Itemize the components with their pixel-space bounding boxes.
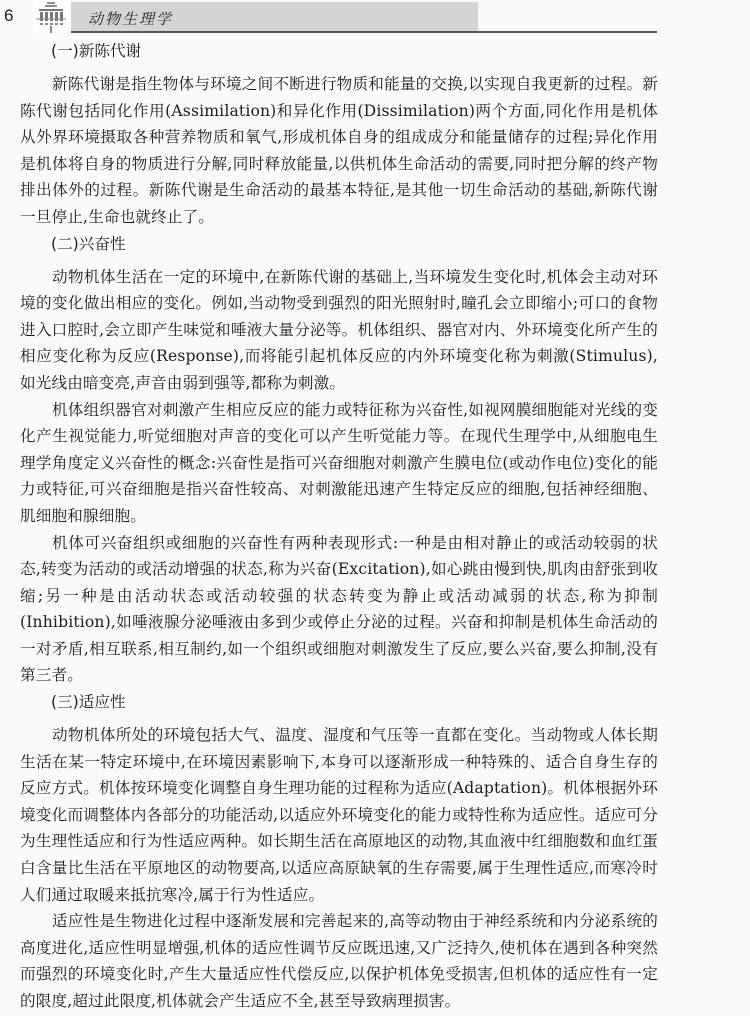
book-emblem-icon <box>33 0 69 34</box>
section-heading: (三)适应性 <box>20 689 658 722</box>
book-title: 动物生理学 <box>88 8 173 29</box>
paragraph: 动物机体所处的环境包括大气、温度、湿度和气压等一直都在变化。当动物或人体长期生活… <box>20 722 658 908</box>
section-adaptability: (三)适应性 动物机体所处的环境包括大气、温度、湿度和气压等一直都在变化。当动物… <box>20 689 658 1015</box>
page-number: 6 <box>4 6 13 26</box>
paragraph: 动物机体生活在一定的环境中,在新陈代谢的基础上,当环境发生变化时,机体会主动对环… <box>20 264 658 397</box>
paragraph: 机体组织器官对刺激产生相应反应的能力或特征称为兴奋性,如视网膜细胞能对光线的变化… <box>20 397 658 530</box>
section-heading: (一)新陈代谢 <box>20 38 658 71</box>
section-heading: (二)兴奋性 <box>20 231 658 264</box>
paragraph: 适应性是生物进化过程中逐渐发展和完善起来的,高等动物由于神经系统和内分泌系统的高… <box>20 908 658 1014</box>
paragraph: 新陈代谢是指生物体与环境之间不断进行物质和能量的交换,以实现自我更新的过程。新陈… <box>20 71 658 231</box>
header-bar: 动物生理学 <box>71 2 478 32</box>
paragraph: 机体可兴奋组织或细胞的兴奋性有两种表现形式:一种是由相对静止的或活动较弱的状态,… <box>20 530 658 690</box>
section-metabolism: (一)新陈代谢 新陈代谢是指生物体与环境之间不断进行物质和能量的交换,以实现自我… <box>20 38 658 231</box>
section-excitability: (二)兴奋性 动物机体生活在一定的环境中,在新陈代谢的基础上,当环境发生变化时,… <box>20 231 658 690</box>
header-divider <box>71 31 657 33</box>
page-body: (一)新陈代谢 新陈代谢是指生物体与环境之间不断进行物质和能量的交换,以实现自我… <box>20 38 658 1015</box>
